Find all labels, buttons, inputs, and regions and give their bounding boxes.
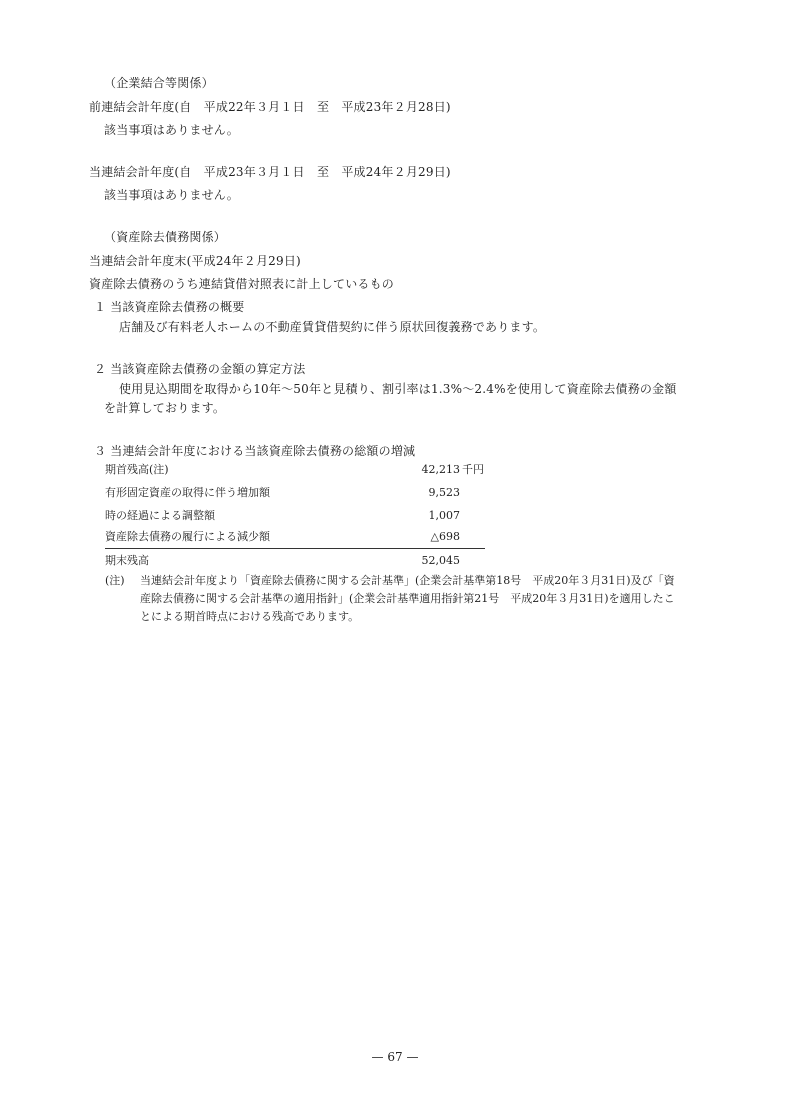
row-unit: 千円 [462, 461, 484, 479]
table-row: 資産除去債務の履行による減少額 △698 [105, 528, 485, 546]
total-value: 52,045 [422, 552, 461, 570]
note-line1: 当連結会計年度より「資産除去債務に関する会計基準」(企業会計基準第18号 平成2… [140, 573, 675, 589]
current-period-text: 該当事項はありません。 [104, 187, 239, 203]
row-label: 有形固定資産の取得に伴う増加額 [105, 484, 270, 502]
total-label: 期末残高 [105, 552, 149, 570]
section1-title: １ 当該資産除去債務の概要 [94, 299, 244, 315]
row-value: 1,007 [429, 507, 461, 525]
note-line2: 産除去債務に関する会計基準の適用指針」(企業会計基準適用指針第21号 平成20年… [140, 591, 675, 607]
page-number: — 67 — [0, 1050, 790, 1064]
section2-body-line1: 使用見込期間を取得から10年～50年と見積り、割引率は1.3%～2.4%を使用し… [119, 381, 677, 397]
prior-period-text: 該当事項はありません。 [104, 122, 239, 138]
table-row: 時の経過による調整額 1,007 [105, 507, 485, 525]
total-divider [105, 548, 485, 549]
aro-heading: （資産除去債務関係） [104, 229, 226, 245]
row-value: 9,523 [429, 484, 461, 502]
note-marker: (注) [105, 573, 125, 589]
row-value: △698 [431, 528, 460, 546]
prior-period-label: 前連結会計年度(自 平成22年３月１日 至 平成23年２月28日) [89, 99, 451, 115]
current-period-label: 当連結会計年度(自 平成23年３月１日 至 平成24年２月29日) [89, 164, 451, 180]
note-line3: とによる期首時点における残高であります。 [140, 609, 359, 625]
section2-title: ２ 当該資産除去債務の金額の算定方法 [94, 361, 305, 377]
section1-body: 店舗及び有料老人ホームの不動産賃貸借契約に伴う原状回復義務であります。 [119, 319, 545, 335]
section2-body-line2: を計算しております。 [104, 400, 225, 416]
table-total-row: 期末残高 52,045 [105, 552, 485, 570]
table-row: 有形固定資産の取得に伴う増加額 9,523 [105, 484, 485, 502]
row-label: 期首残高(注) [105, 461, 169, 479]
aro-period-end: 当連結会計年度末(平成24年２月29日) [89, 253, 301, 269]
section3-title: ３ 当連結会計年度における当該資産除去債務の総額の増減 [94, 443, 415, 459]
row-label: 資産除去債務の履行による減少額 [105, 528, 270, 546]
aro-intro: 資産除去債務のうち連結貸借対照表に計上しているもの [89, 276, 394, 292]
business-combination-heading: （企業結合等関係） [104, 75, 214, 91]
table-row: 期首残高(注) 42,213 千円 [105, 461, 485, 479]
row-value: 42,213 [422, 461, 461, 479]
row-label: 時の経過による調整額 [105, 507, 215, 525]
